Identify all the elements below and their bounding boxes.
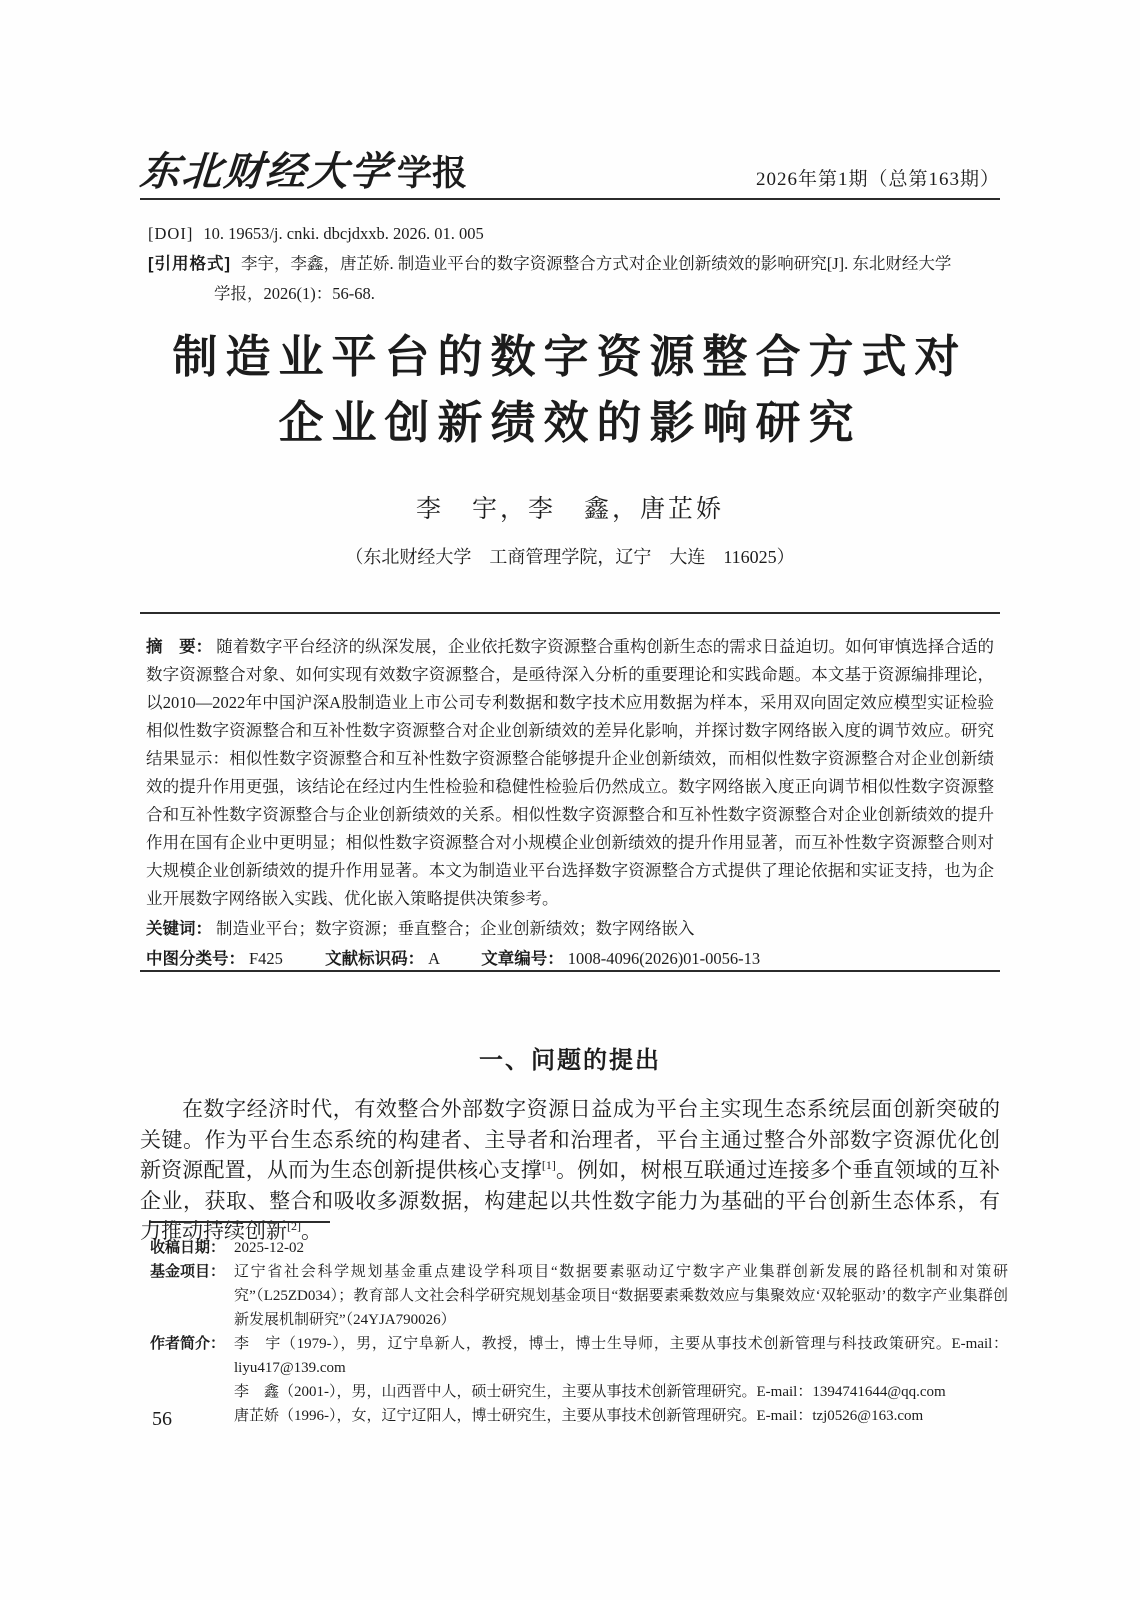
article-id-label: 文章编号： — [481, 950, 564, 968]
article-title: 制造业平台的数字资源整合方式对 企业创新绩效的影响研究 — [90, 324, 1050, 456]
author-bio-list: 李 宇（1979-），男，辽宁阜新人，教授，博士，博士生导师，主要从事技术创新管… — [234, 1332, 1008, 1428]
abstract-block: 摘 要：随着数字平台经济的纵深发展，企业依托数字资源整合重构创新生态的需求日益迫… — [146, 633, 994, 973]
clc-value: F425 — [249, 949, 283, 968]
fund-project-row: 基金项目： 辽宁省社会科学规划基金重点建设学科项目“数据要素驱动辽宁数字产业集群… — [150, 1260, 1008, 1332]
abstract-paragraph: 摘 要：随着数字平台经济的纵深发展，企业依托数字资源整合重构创新生态的需求日益迫… — [146, 633, 994, 913]
author-bio-row: 作者简介： 李 宇（1979-），男，辽宁阜新人，教授，博士，博士生导师，主要从… — [150, 1332, 1008, 1428]
author-bio-3: 唐芷娇（1996-），女，辽宁辽阳人，博士研究生，主要从事技术创新管理研究。E-… — [234, 1404, 1008, 1428]
doi-value: 10. 19653/j. cnki. dbcjdxxb. 2026. 01. 0… — [203, 224, 483, 243]
doi-line: [DOI]10. 19653/j. cnki. dbcjdxxb. 2026. … — [148, 219, 1010, 249]
author-bio-2: 李 鑫（2001-），男，山西晋中人，硕士研究生，主要从事技术创新管理研究。E-… — [234, 1380, 1008, 1404]
journal-article-page: 东北财经大学学报 2026年第1期（总第163期） [DOI]10. 19653… — [0, 0, 1140, 1600]
footnotes-block: 收稿日期： 2025-12-02 基金项目： 辽宁省社会科学规划基金重点建设学科… — [150, 1236, 1008, 1428]
abstract-bottom-divider — [140, 970, 1000, 972]
fund-project-value: 辽宁省社会科学规划基金重点建设学科项目“数据要素驱动辽宁数字产业集群创新发展的路… — [234, 1260, 1008, 1332]
title-line-2: 企业创新绩效的影响研究 — [90, 390, 1050, 456]
author-affiliation: （东北财经大学 工商管理学院，辽宁 大连 116025） — [140, 543, 1000, 569]
page-number: 56 — [152, 1408, 172, 1431]
article-id-value: 1008-4096(2026)01-0056-13 — [568, 949, 760, 968]
received-date-label: 收稿日期： — [150, 1236, 234, 1260]
author-bio-label: 作者简介： — [150, 1332, 234, 1356]
author-names: 李 宇，李 鑫，唐芷娇 — [140, 489, 1000, 525]
keywords-label: 关键词： — [146, 920, 212, 938]
citation-continuation: 学报，2026(1)：56-68. — [148, 279, 1010, 309]
author-bio-1: 李 宇（1979-），男，辽宁阜新人，教授，博士，博士生导师，主要从事技术创新管… — [234, 1332, 1008, 1380]
abstract-top-divider — [140, 612, 1000, 614]
document-code-value: A — [428, 949, 439, 968]
keywords-text: 制造业平台；数字资源；垂直整合；企业创新绩效；数字网络嵌入 — [216, 919, 695, 938]
received-date-row: 收稿日期： 2025-12-02 — [150, 1236, 1008, 1260]
title-line-1: 制造业平台的数字资源整合方式对 — [90, 324, 1050, 390]
journal-name-calligraphy: 东北财经大学 — [138, 140, 394, 197]
article-meta: [DOI]10. 19653/j. cnki. dbcjdxxb. 2026. … — [148, 219, 1010, 309]
keywords-line: 关键词：制造业平台；数字资源；垂直整合；企业创新绩效；数字网络嵌入 — [146, 915, 994, 943]
received-date-value: 2025-12-02 — [234, 1236, 1008, 1260]
abstract-text: 随着数字平台经济的纵深发展，企业依托数字资源整合重构创新生态的需求日益迫切。如何… — [146, 637, 994, 908]
fund-project-label: 基金项目： — [150, 1260, 234, 1284]
section-heading: 一、问题的提出 — [140, 1040, 1000, 1075]
reference-mark-1: [1] — [542, 1158, 556, 1172]
body-paragraph: 在数字经济时代，有效整合外部数字资源日益成为平台主实现生态系统层面创新突破的关键… — [140, 1094, 1000, 1247]
clc-label: 中图分类号： — [146, 950, 245, 968]
issue-info: 2026年第1期（总第163期） — [756, 164, 1000, 197]
journal-logo: 东北财经大学学报 — [140, 140, 467, 197]
citation-line: [引用格式]李宇，李鑫，唐芷娇. 制造业平台的数字资源整合方式对企业创新绩效的影… — [148, 249, 1010, 279]
header-divider — [140, 198, 1000, 200]
classification-line: 中图分类号：F425 文献标识码：A 文章编号：1008-4096(2026)0… — [146, 945, 994, 973]
doi-label: [DOI] — [148, 224, 193, 243]
citation-label: [引用格式] — [148, 255, 231, 273]
journal-name-print: 学报 — [397, 154, 467, 193]
masthead: 东北财经大学学报 2026年第1期（总第163期） — [140, 140, 1000, 197]
abstract-label: 摘 要： — [146, 638, 212, 656]
footnote-divider — [150, 1221, 330, 1223]
document-code-label: 文献标识码： — [325, 950, 424, 968]
citation-text: 李宇，李鑫，唐芷娇. 制造业平台的数字资源整合方式对企业创新绩效的影响研究[J]… — [241, 254, 951, 273]
